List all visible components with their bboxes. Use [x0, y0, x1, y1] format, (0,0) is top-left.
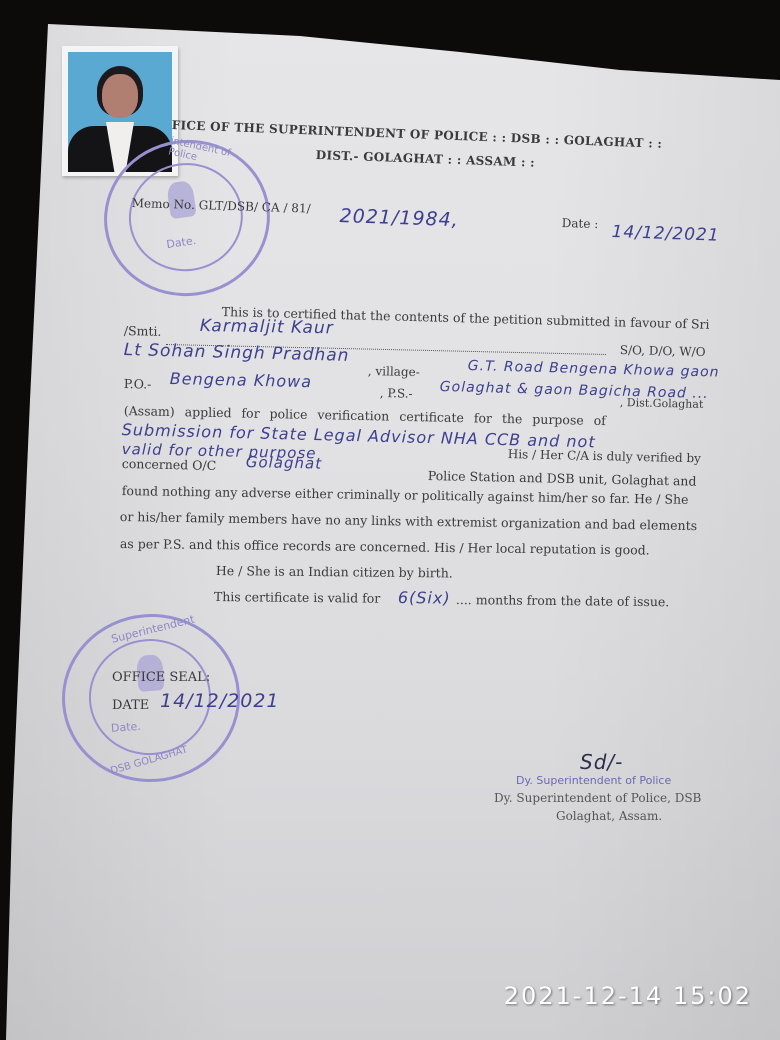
seal-date-label: Date.: [111, 720, 142, 735]
concerned-value: Golaghat: [246, 453, 323, 473]
date-handwritten: 14/12/2021: [611, 222, 720, 246]
seal-date-text-label: DATE: [112, 698, 149, 713]
office-seal-label: OFFICE SEAL:: [112, 670, 210, 685]
po-label: P.O.-: [124, 376, 152, 392]
date-label: Date :: [562, 216, 599, 231]
ps-label: , P.S.-: [380, 386, 413, 401]
citizen-statement: He / She is an Indian citizen by birth.: [216, 563, 453, 580]
signatory-location: Golaghat, Assam.: [556, 809, 662, 823]
memo-number-handwritten: 2021/1984,: [339, 205, 459, 231]
relation-label: S/O, D/O, W/O: [620, 343, 706, 359]
validity-months: 6(Six): [398, 588, 451, 608]
validity-suffix: .... months from the date of issue.: [456, 592, 670, 609]
seal-date-handwritten: 14/12/2021: [160, 690, 280, 712]
camera-timestamp: 2021-12-14 15:02: [504, 982, 752, 1010]
smti-label: /Smti.: [124, 323, 162, 339]
signature-rubber-stamp: Dy. Superintendent of Police: [516, 774, 671, 787]
photo-face: [102, 74, 138, 118]
concerned-label: concerned O/C: [122, 456, 217, 473]
applicant-name: Karmaljit Kaur: [200, 316, 334, 338]
village-label: , village-: [368, 364, 420, 379]
validity-prefix: This certificate is valid for: [214, 589, 381, 606]
signature-initials: Sd/-: [580, 750, 623, 774]
signatory-designation: Dy. Superintendent of Police, DSB: [494, 791, 701, 805]
district-label: , Dist.Golaghat: [620, 396, 704, 411]
po-value: Bengena Khowa: [170, 369, 313, 391]
